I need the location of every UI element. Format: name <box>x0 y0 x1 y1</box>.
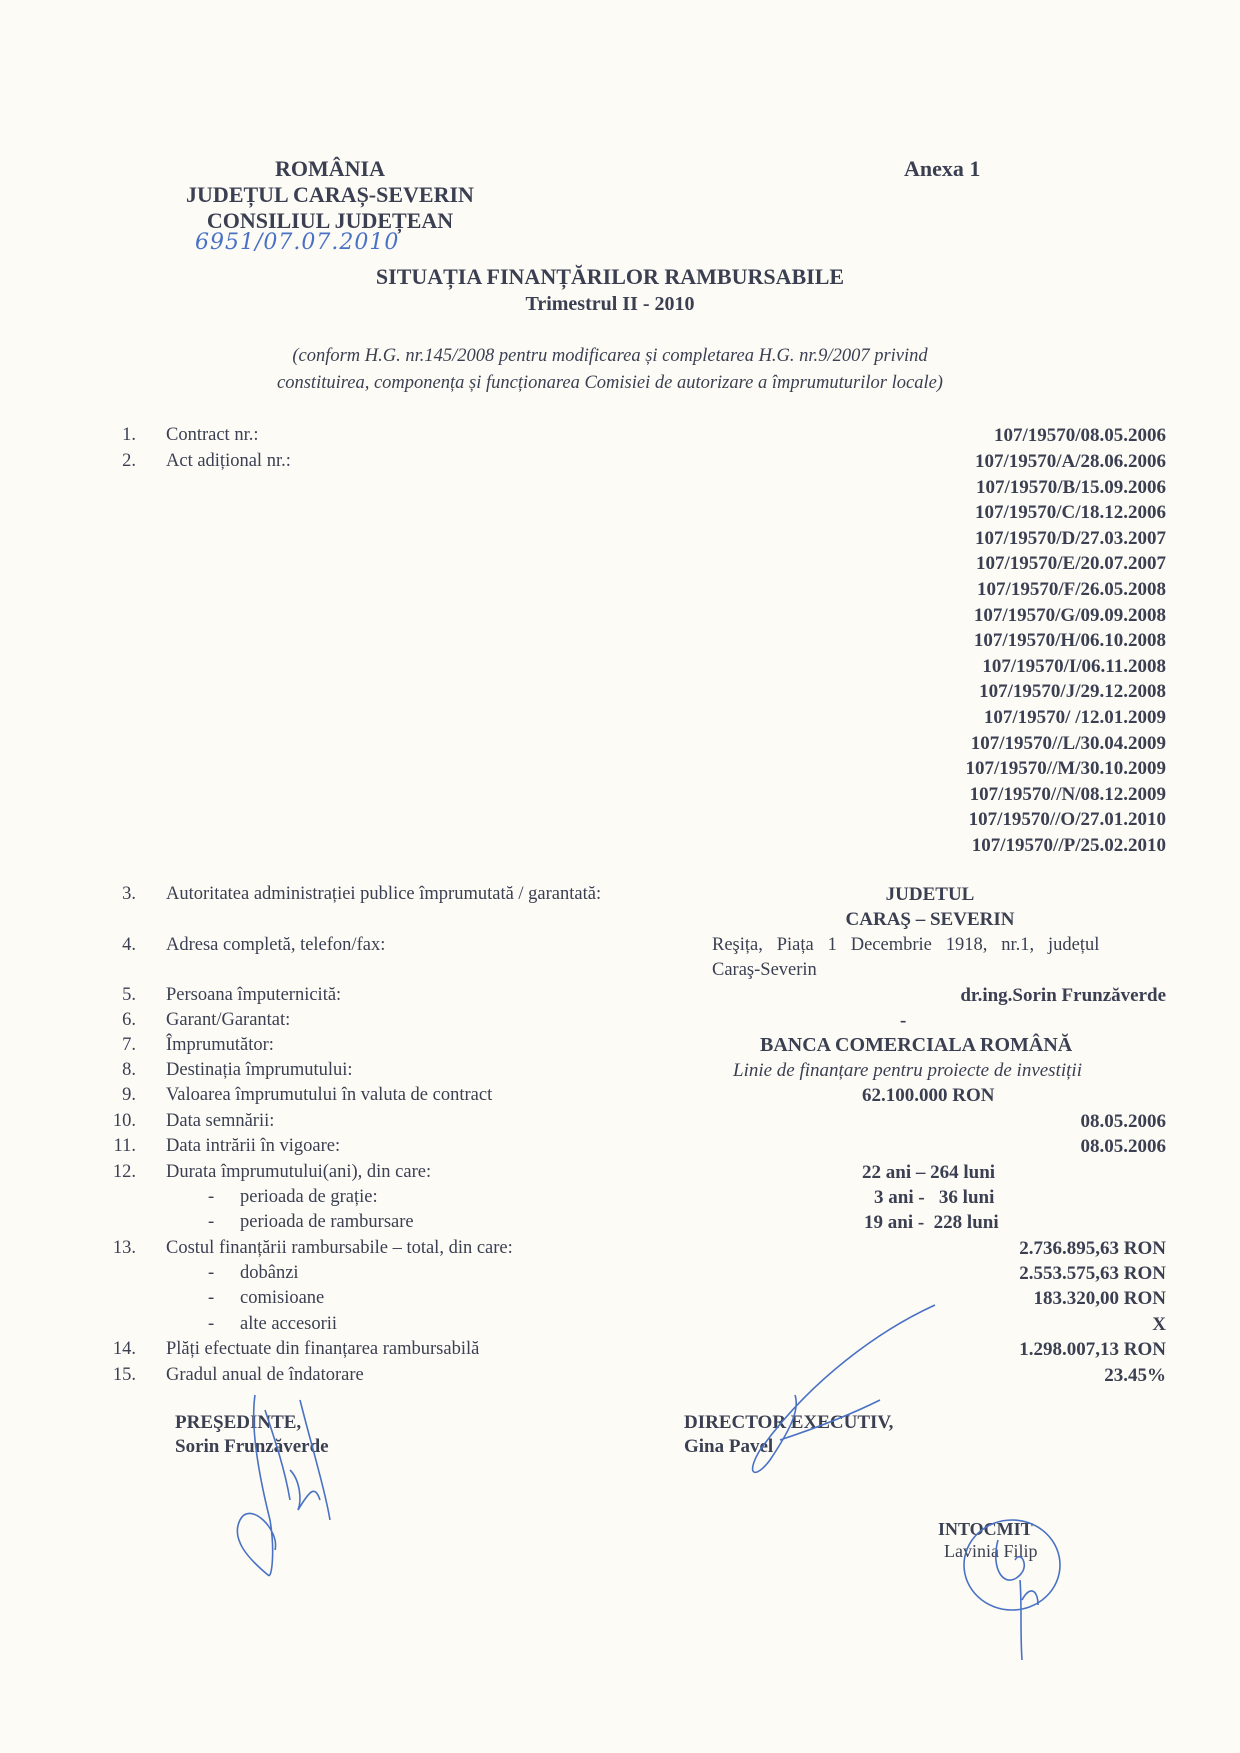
address-value-line-1: Reşița, Piața 1 Decembrie 1918, nr.1, ju… <box>712 933 1099 958</box>
repayment-period-value: 19 ani - 228 luni <box>864 1210 999 1235</box>
address-value: Reşița, Piața 1 Decembrie 1918, nr.1, ju… <box>712 933 1099 983</box>
item-number: 6. <box>90 1008 136 1033</box>
item-label: Destinația împrumutului: <box>166 1058 353 1083</box>
item-label: Durata împrumutului(ani), din care: <box>166 1160 431 1185</box>
addendum: 107/19570/A/28.06.2006 <box>965 449 1166 475</box>
header-block: ROMÂNIA JUDEȚUL CARAȘ-SEVERIN CONSILIUL … <box>160 156 500 234</box>
bullet-dash: - <box>208 1312 214 1337</box>
legal-note: (conform H.G. nr.145/2008 pentru modific… <box>150 343 1070 397</box>
addendum: 107/19570/D/27.03.2007 <box>965 526 1166 552</box>
addendum: 107/19570/H/06.10.2008 <box>965 628 1166 654</box>
addenda-list: 107/19570/A/28.06.2006 107/19570/B/15.09… <box>965 449 1166 859</box>
director-signature-icon <box>700 1300 940 1480</box>
item-number: 5. <box>90 983 136 1008</box>
item-number: 15. <box>90 1363 136 1388</box>
item-number: 4. <box>90 933 136 958</box>
grace-period-value: 3 ani - 36 luni <box>874 1185 994 1210</box>
item-label: Costul finanțării rambursabile – total, … <box>166 1236 513 1261</box>
item-number: 2. <box>90 449 136 474</box>
addendum: 107/19570/F/26.05.2008 <box>965 577 1166 603</box>
addendum: 107/19570//L/30.04.2009 <box>965 731 1166 757</box>
item-number: 14. <box>90 1337 136 1362</box>
addendum: 107/19570//O/27.01.2010 <box>965 807 1166 833</box>
bullet-dash: - <box>208 1185 214 1210</box>
item-number: 1. <box>90 423 136 448</box>
interest-value: 2.553.575,63 RON <box>1019 1261 1166 1286</box>
prepared-by-signature-icon <box>960 1510 1080 1670</box>
commissions-value: 183.320,00 RON <box>1034 1286 1166 1311</box>
other-costs-value: X <box>1152 1312 1166 1337</box>
item-label: Contract nr.: <box>166 423 258 448</box>
document-subtitle: Trimestrul II - 2010 <box>400 293 820 316</box>
authority-value-line-1: JUDETUL <box>780 882 1080 907</box>
item-label: Adresa completă, telefon/fax: <box>166 933 385 958</box>
item-label: Garant/Garantat: <box>166 1008 290 1033</box>
annex-label: Anexa 1 <box>904 156 980 182</box>
authority-value: JUDETUL CARAŞ – SEVERIN <box>780 882 1080 932</box>
addendum: 107/19570/E/20.07.2007 <box>965 551 1166 577</box>
item-number: 7. <box>90 1033 136 1058</box>
amount-value: 62.100.000 RON <box>862 1083 994 1108</box>
item-label: Persoana împuternicită: <box>166 983 341 1008</box>
address-value-line-2: Caraş-Severin <box>712 958 1099 983</box>
legal-note-line-2: constituirea, componența și funcționarea… <box>150 370 1070 397</box>
item-label: Plăți efectuate din finanțarea rambursab… <box>166 1337 479 1362</box>
item-label: Act adițional nr.: <box>166 449 291 474</box>
item-label: dobânzi <box>240 1261 299 1286</box>
addendum: 107/19570//M/30.10.2009 <box>965 756 1166 782</box>
bullet-dash: - <box>208 1210 214 1235</box>
addendum: 107/19570/ /12.01.2009 <box>965 705 1166 731</box>
item-label: Valoarea împrumutului în valuta de contr… <box>166 1083 492 1108</box>
item-number: 12. <box>90 1160 136 1185</box>
addendum: 107/19570//P/25.02.2010 <box>965 833 1166 859</box>
item-number: 13. <box>90 1236 136 1261</box>
country-name: ROMÂNIA <box>160 156 500 182</box>
addendum: 107/19570//N/08.12.2009 <box>965 782 1166 808</box>
item-label: perioada de grație: <box>240 1185 378 1210</box>
item-label: Gradul anual de îndatorare <box>166 1363 364 1388</box>
item-label: perioada de rambursare <box>240 1210 414 1235</box>
authority-value-line-2: CARAŞ – SEVERIN <box>780 907 1080 932</box>
item-number: 3. <box>90 882 136 907</box>
item-label: Autoritatea administrației publice împru… <box>166 882 601 907</box>
contract-number-value: 107/19570/08.05.2006 <box>994 423 1166 448</box>
effective-date-value: 08.05.2006 <box>1081 1134 1167 1159</box>
duration-value: 22 ani – 264 luni <box>862 1160 995 1185</box>
document-title: SITUAȚIA FINANȚĂRILOR RAMBURSABILE <box>300 264 920 290</box>
item-label: alte accesorii <box>240 1312 337 1337</box>
item-number: 10. <box>90 1109 136 1134</box>
president-signature-icon <box>230 1390 350 1590</box>
debt-ratio-value: 23.45% <box>1104 1363 1166 1388</box>
addendum: 107/19570/J/29.12.2008 <box>965 679 1166 705</box>
addendum: 107/19570/C/18.12.2006 <box>965 500 1166 526</box>
signing-date-value: 08.05.2006 <box>1081 1109 1167 1134</box>
item-label: Împrumutător: <box>166 1033 274 1058</box>
cost-total-value: 2.736.895,63 RON <box>1019 1236 1166 1261</box>
addendum: 107/19570/G/09.09.2008 <box>965 603 1166 629</box>
legal-note-line-1: (conform H.G. nr.145/2008 pentru modific… <box>150 343 1070 370</box>
representative-value: dr.ing.Sorin Frunzăverde <box>960 983 1166 1008</box>
item-number: 8. <box>90 1058 136 1083</box>
guarantor-value: - <box>900 1008 906 1033</box>
addendum: 107/19570/B/15.09.2006 <box>965 475 1166 501</box>
item-label: comisioane <box>240 1286 324 1311</box>
bullet-dash: - <box>208 1261 214 1286</box>
item-number: 9. <box>90 1083 136 1108</box>
addendum: 107/19570/I/06.11.2008 <box>965 654 1166 680</box>
county-name: JUDEȚUL CARAȘ-SEVERIN <box>160 182 500 208</box>
bullet-dash: - <box>208 1286 214 1311</box>
item-label: Data semnării: <box>166 1109 274 1134</box>
payments-value: 1.298.007,13 RON <box>1019 1337 1166 1362</box>
item-label: Data intrării în vigoare: <box>166 1134 340 1159</box>
purpose-value: Linie de finanțare pentru proiecte de in… <box>733 1058 1082 1083</box>
registration-number-handwritten: 6951/07.07.2010 <box>195 230 399 255</box>
lender-value: BANCA COMERCIALA ROMÂNĂ <box>760 1033 1072 1058</box>
item-number: 11. <box>90 1134 136 1159</box>
